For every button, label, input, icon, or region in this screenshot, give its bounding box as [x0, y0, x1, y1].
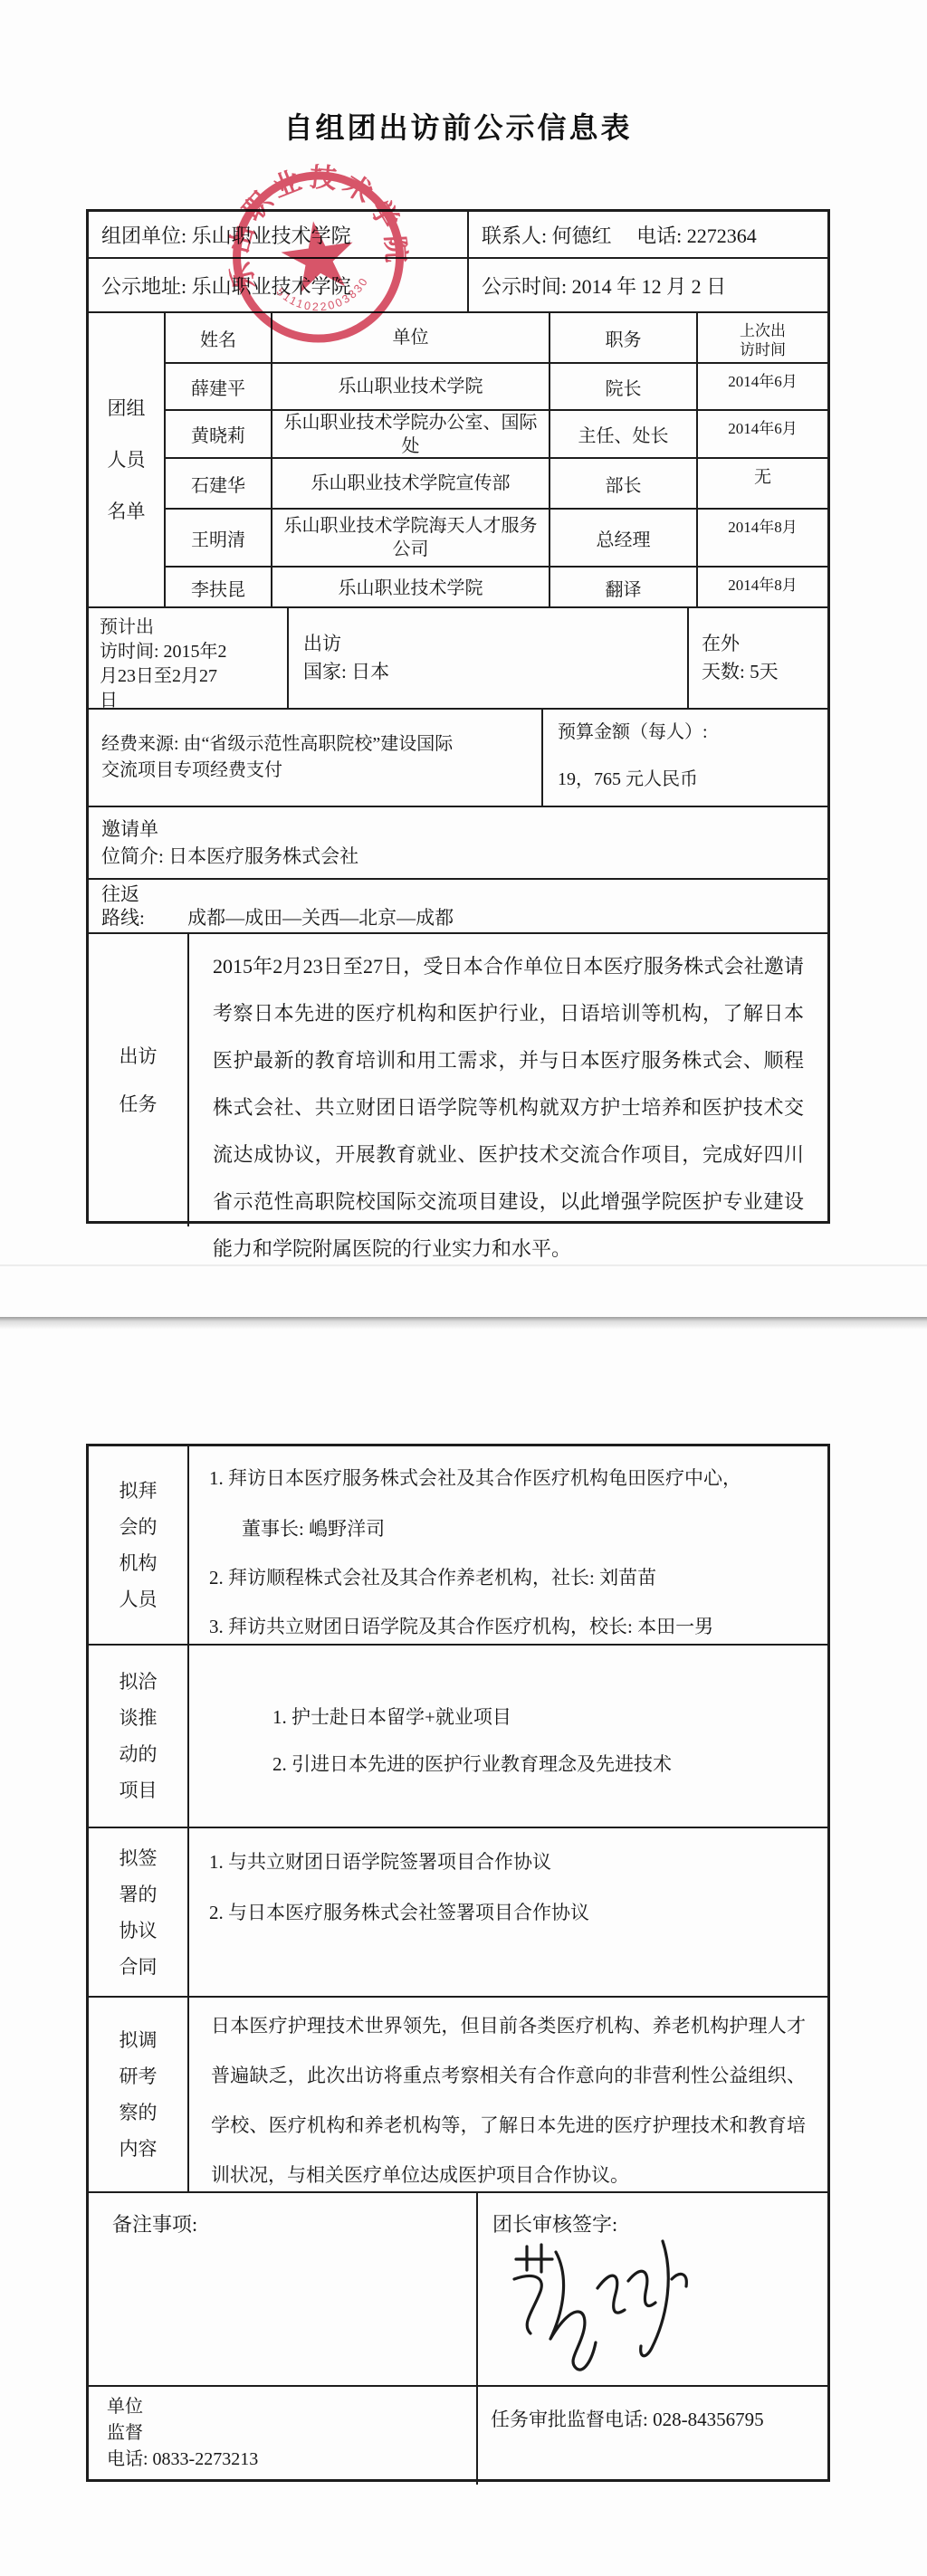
- list-item: 2. 拜访顺程株式会社及其合作养老机构，社长: 刘苗苗: [209, 1564, 827, 1591]
- member-last-visit: 无: [696, 459, 827, 508]
- member-name: 王明清: [166, 510, 271, 566]
- list-item: 2. 与日本医疗服务株式会社签署项目合作协议: [209, 1899, 827, 1926]
- research-label-cell: 拟调研考察的内容: [89, 1998, 187, 2191]
- row-projects: 拟洽谈推动的项目 1. 护士赴日本留学+就业项目 2. 引进日本先进的医护行业教…: [89, 1644, 827, 1827]
- visit-orgs-label-cell: 拟拜会的机构人员: [89, 1446, 187, 1644]
- publicity-time-cell: 公示时间: 2014 年 12 月 2 日: [467, 259, 827, 311]
- row-visit-orgs: 拟拜会的机构人员 1. 拜访日本医疗服务株式会社及其合作医疗机构龟田医疗中心， …: [89, 1446, 827, 1644]
- row-group-unit: 组团单位: 乐山职业技术学院 联系人: 何德红 电话: 2272364: [89, 212, 827, 257]
- mission-label: 出访任务: [117, 1033, 158, 1129]
- row-research: 拟调研考察的内容 日本医疗护理技术世界领先，但目前各类医疗机构、养老机构护理人才…: [89, 1996, 827, 2191]
- member-name: 石建华: [166, 459, 271, 508]
- member-row: 薛建平 乐山职业技术学院 院长 2014年6月: [166, 362, 827, 409]
- list-item: 3. 拜访共立财团日语学院及其合作医疗机构，校长: 本田一男: [209, 1613, 827, 1640]
- list-item: 1. 拜访日本医疗服务株式会社及其合作医疗机构龟田医疗中心，: [209, 1465, 827, 1492]
- mission-label-cell: 出访任务: [89, 934, 187, 1226]
- form-title: 自组团出访前公示信息表: [86, 105, 830, 147]
- task-phone-cell: 任务审批监督电话: 028-84356795: [476, 2387, 827, 2485]
- budget-cell: 预算金额（每人）: 19，765 元人民币: [541, 710, 827, 806]
- member-unit: 乐山职业技术学院办公室、国际处: [271, 411, 549, 457]
- agreements-content: 1. 与共立财团日语学院签署项目合作协议 2. 与日本医疗服务株式会社签署项目合…: [187, 1828, 827, 1996]
- scanned-form-page: 自组团出访前公示信息表 组团单位: 乐山职业技术学院 联系人: 何德红 电话: …: [0, 0, 927, 2576]
- visit-orgs-content: 1. 拜访日本医疗服务株式会社及其合作医疗机构龟田医疗中心， 董事长: 嶋野洋司…: [187, 1446, 827, 1644]
- member-row: 王明清 乐山职业技术学院海天人才服务公司 总经理 2014年8月: [166, 508, 827, 566]
- planned-time-cell: 预计出 访时间: 2015年2 月23日至2月27 日: [89, 608, 287, 708]
- route-cell: 往返 路线: 成都—成田—关西—北京—成都: [89, 880, 827, 932]
- list-item: 1. 与共立财团日语学院签署项目合作协议: [209, 1848, 827, 1875]
- seal-serial-text: 5111022003830: [272, 273, 374, 320]
- svg-text:5111022003830: 5111022003830: [272, 273, 374, 320]
- visit-country-cell: 出访 国家: 日本: [287, 608, 687, 708]
- member-last-visit: 2014年6月: [696, 364, 827, 409]
- header-duty: 职务: [549, 313, 696, 362]
- inviter-cell: 邀请单 位简介: 日本医疗服务株式会社: [89, 807, 827, 878]
- visit-plan-table: 拟拜会的机构人员 1. 拜访日本医疗服务株式会社及其合作医疗机构龟田医疗中心， …: [86, 1444, 830, 2482]
- projects-label: 拟洽谈推动的项目: [117, 1664, 158, 1808]
- member-duty: 翻译: [549, 568, 696, 608]
- member-row: 石建华 乐山职业技术学院宣传部 部长 无: [166, 457, 827, 508]
- contact-cell: 联系人: 何德红 电话: 2272364: [467, 212, 827, 257]
- member-name: 李扶昆: [166, 568, 271, 608]
- list-item: 董事长: 嶋野洋司: [242, 1515, 827, 1542]
- member-unit: 乐山职业技术学院: [271, 568, 549, 608]
- projects-content: 1. 护士赴日本留学+就业项目 2. 引进日本先进的医护行业教育理念及先进技术: [187, 1646, 827, 1827]
- research-label: 拟调研考察的内容: [117, 2022, 158, 2167]
- member-duty: 主任、处长: [549, 411, 696, 457]
- row-inviter: 邀请单 位简介: 日本医疗服务株式会社: [89, 806, 827, 878]
- member-name: 黄晓莉: [166, 411, 271, 457]
- member-unit: 乐山职业技术学院宣传部: [271, 459, 549, 508]
- agreements-label-cell: 拟签署的协议合同: [89, 1828, 187, 1996]
- pre-departure-info-table: 组团单位: 乐山职业技术学院 联系人: 何德红 电话: 2272364 公示地址…: [86, 209, 830, 1224]
- member-unit: 乐山职业技术学院海天人才服务公司: [271, 510, 549, 566]
- unit-phone-cell: 单位 监督 电话: 0833-2273213: [89, 2387, 476, 2485]
- mission-text-cell: 2015年2月23日至27日，受日本合作单位日本医疗服务株式会社邀请考察日本先进…: [187, 934, 827, 1226]
- member-name: 薛建平: [166, 364, 271, 409]
- official-seal: 乐山职业技术学院 5111022003830: [215, 153, 421, 367]
- member-duty: 部长: [549, 459, 696, 508]
- row-funding: 经费来源: 由“省级示范性高职院校”建设国际 交流项目专项经费支付 预算金额（每…: [89, 708, 827, 806]
- header-last-visit: 上次出 访时间: [696, 313, 827, 362]
- member-unit: 乐山职业技术学院: [271, 364, 549, 409]
- list-item: 1. 护士赴日本留学+就业项目: [272, 1703, 827, 1731]
- agreements-label: 拟签署的协议合同: [117, 1840, 158, 1985]
- days-abroad-cell: 在外 天数: 5天: [687, 608, 827, 708]
- page-break-line: [0, 1264, 927, 1266]
- research-text-cell: 日本医疗护理技术世界领先，但目前各类医疗机构、养老机构护理人才普遍缺乏，此次出访…: [187, 1998, 827, 2191]
- row-route: 往返 路线: 成都—成田—关西—北京—成都: [89, 878, 827, 932]
- member-roster-label-cell: 团组人员名单: [89, 313, 164, 606]
- row-publicity: 公示地址: 乐山职业技术学院 公示时间: 2014 年 12 月 2 日: [89, 257, 827, 311]
- visit-orgs-label: 拟拜会的机构人员: [117, 1473, 158, 1617]
- row-agreements: 拟签署的协议合同 1. 与共立财团日语学院签署项目合作协议 2. 与日本医疗服务…: [89, 1827, 827, 1996]
- row-planned-visit: 预计出 访时间: 2015年2 月23日至2月27 日 出访 国家: 日本 在外…: [89, 606, 827, 708]
- remarks-cell: 备注事项:: [89, 2193, 476, 2385]
- member-roster-label: 团组人员名单: [105, 383, 147, 538]
- row-mission: 出访任务 2015年2月23日至27日，受日本合作单位日本医疗服务株式会社邀请考…: [89, 932, 827, 1226]
- funding-cell: 经费来源: 由“省级示范性高职院校”建设国际 交流项目专项经费支付: [89, 710, 541, 806]
- member-duty: 总经理: [549, 510, 696, 566]
- list-item: 2. 引进日本先进的医护行业教育理念及先进技术: [272, 1751, 827, 1778]
- member-row: 李扶昆 乐山职业技术学院 翻译 2014年8月: [166, 566, 827, 608]
- member-row: 黄晓莉 乐山职业技术学院办公室、国际处 主任、处长 2014年6月: [166, 409, 827, 457]
- row-supervision-phones: 单位 监督 电话: 0833-2273213 任务审批监督电话: 028-843…: [89, 2385, 827, 2485]
- member-last-visit: 2014年6月: [696, 411, 827, 457]
- mission-text: 2015年2月23日至27日，受日本合作单位日本医疗服务株式会社邀请考察日本先进…: [189, 934, 827, 1282]
- research-text: 日本医疗护理技术世界领先，但目前各类医疗机构、养老机构护理人才普遍缺乏，此次出访…: [189, 1998, 827, 2204]
- member-last-visit: 2014年8月: [696, 568, 827, 608]
- seal-star-icon: [278, 216, 359, 294]
- leader-signature: [503, 2225, 712, 2388]
- projects-label-cell: 拟洽谈推动的项目: [89, 1646, 187, 1827]
- member-last-visit: 2014年8月: [696, 510, 827, 566]
- row-member-roster: 团组人员名单 姓名 单位 职务 上次出 访时间 薛建平 乐山职业技术学院 院长 …: [89, 311, 827, 606]
- row-remarks: 备注事项: 团长审核签字:: [89, 2191, 827, 2385]
- page-break-shadow: [0, 1317, 927, 1330]
- member-duty: 院长: [549, 364, 696, 409]
